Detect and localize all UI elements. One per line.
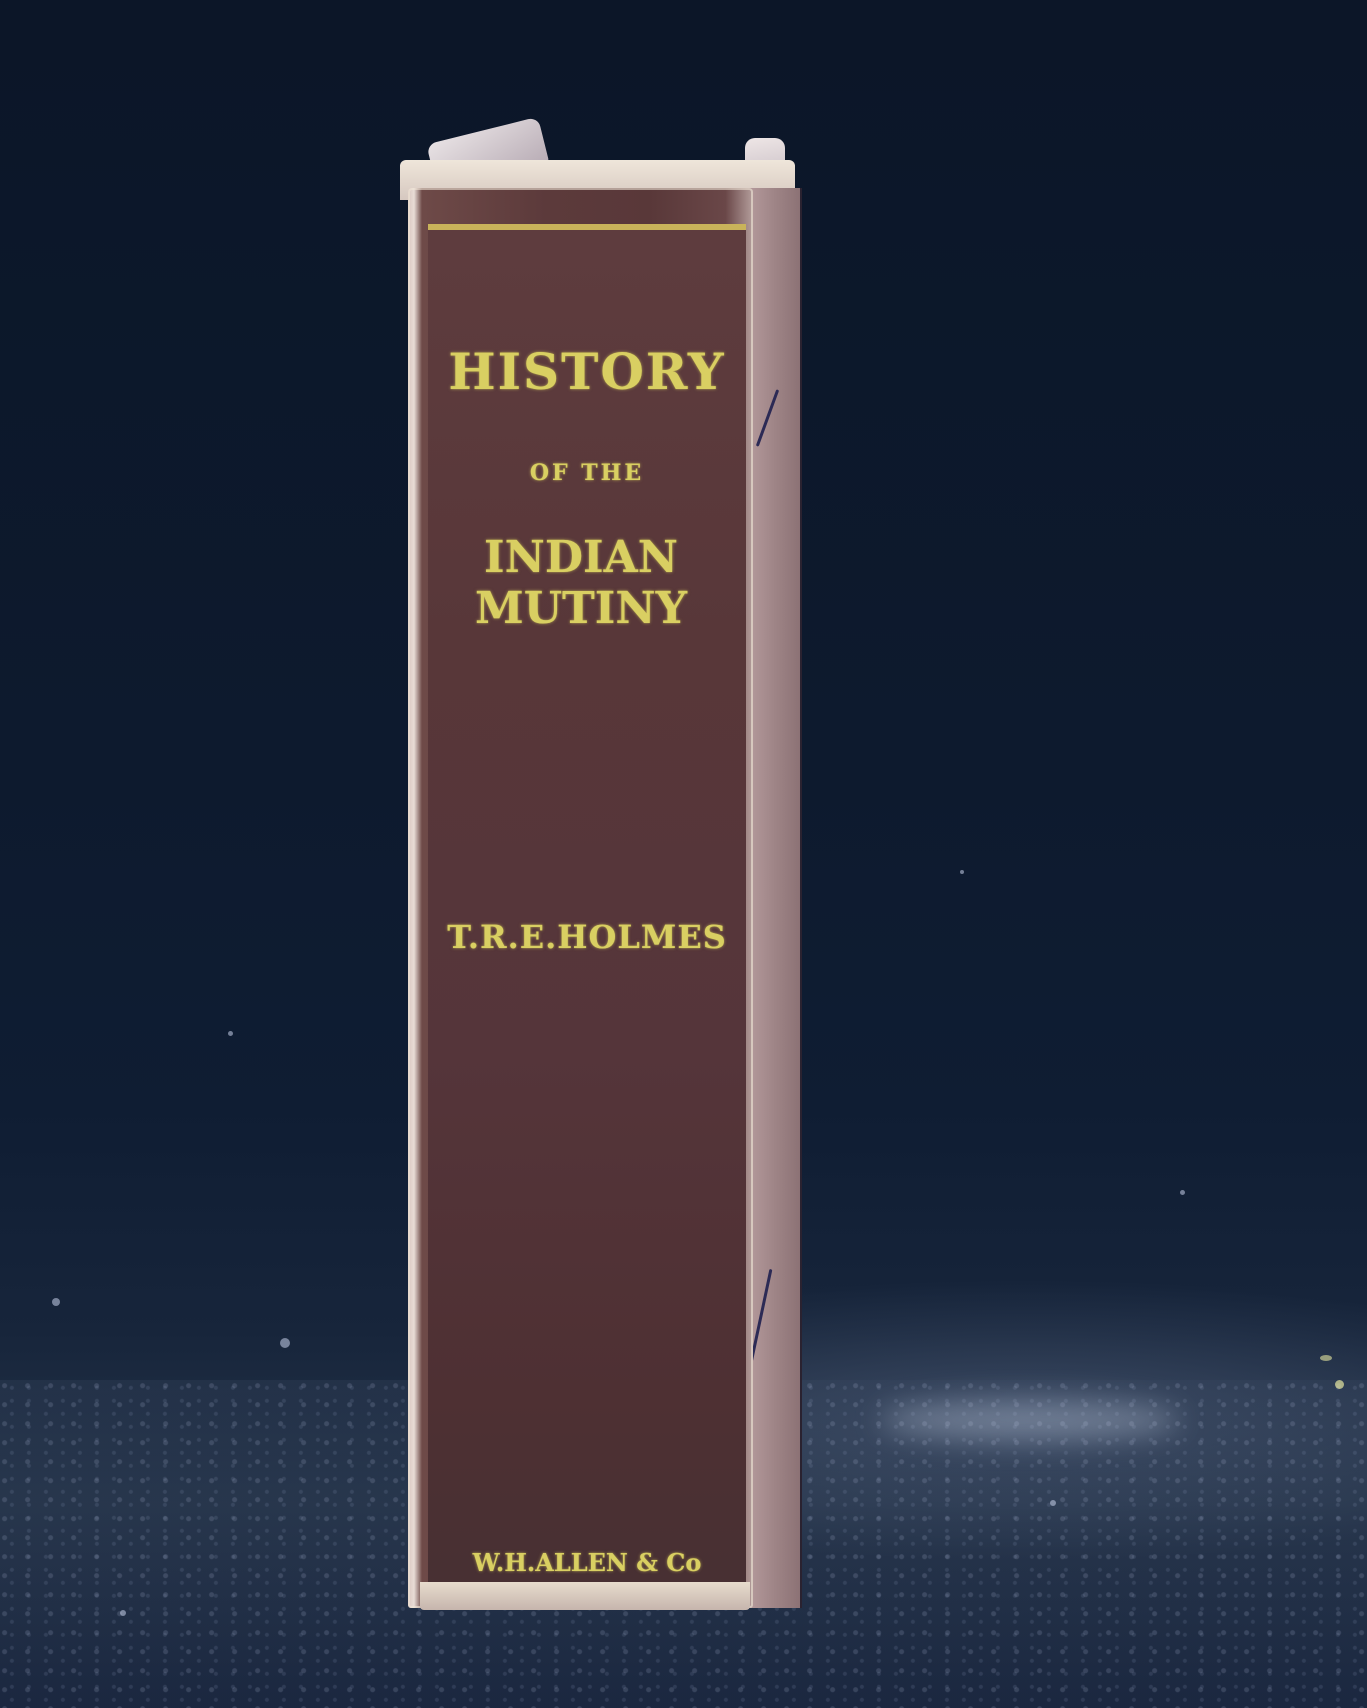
book-foot: [420, 1582, 750, 1610]
book-front-board: [748, 188, 802, 1608]
speckle: [960, 870, 964, 874]
book-spine: HISTORY OF THE INDIAN MUTINY T.R.E.HOLME…: [408, 188, 753, 1608]
book: HISTORY OF THE INDIAN MUTINY T.R.E.HOLME…: [400, 160, 810, 1610]
speckle: [228, 1031, 233, 1036]
spine-panel: HISTORY OF THE INDIAN MUTINY T.R.E.HOLME…: [428, 224, 746, 1605]
speckle: [1335, 1380, 1344, 1389]
spine-title-line3: INDIAN MUTINY: [422, 532, 740, 634]
speckle: [280, 1338, 290, 1348]
board-blind-rule: [756, 389, 779, 446]
spine-title-line1: HISTORY: [428, 342, 746, 401]
spine-publisher: W.H.ALLEN & Co: [428, 1548, 746, 1577]
spine-author: T.R.E.HOLMES: [428, 918, 746, 956]
spine-title-line2: OF THE: [428, 460, 746, 486]
speckle: [1320, 1355, 1332, 1361]
speckle: [52, 1298, 60, 1306]
speckle: [120, 1610, 126, 1616]
floor-glare: [880, 1400, 1180, 1440]
speckle: [1050, 1500, 1056, 1506]
speckle: [1180, 1190, 1185, 1195]
